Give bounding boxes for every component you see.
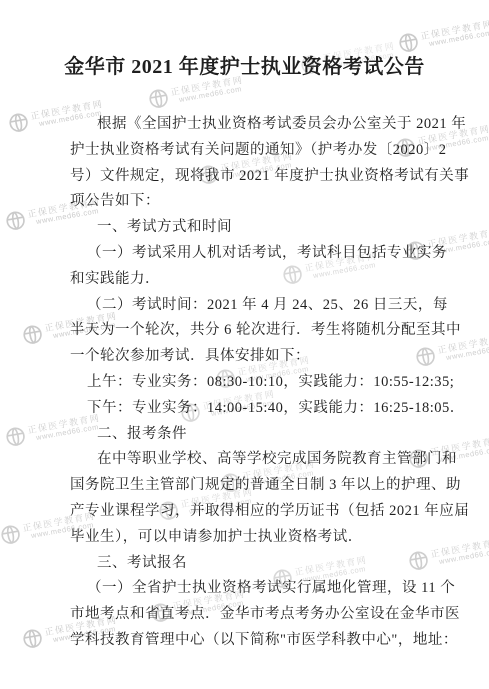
document-line: 护士执业资格考试有关问题的通知》（护考办发〔2020〕2 [70,138,422,164]
document-line: 学科技教育管理中心（以下简称"市医学科教中心"，地址： [70,628,422,654]
document-line: 毕业生），可以申请参加护士执业资格考试． [70,525,422,551]
document-line: 三、考试报名 [70,551,422,577]
brand-url: www.med66.com [178,84,245,104]
watermark: 正保医学教育网www.med66.com [147,74,246,110]
document-line: 上午：专业实务：08:30-10:10，实践能力：10:55-12:35; [70,370,422,396]
watermark-text: 正保医学教育网www.med66.com [420,18,489,49]
document-line: （一）全省护士执业资格考试实行属地化管理，设 11 个 [70,576,422,602]
document-line: 半天为一个轮次，共分 6 轮次进行．考生将随机分配至其中 [70,318,422,344]
document-line: 在中等职业学校、高等学校完成国务院教育主管部门和 [70,447,422,473]
document-page: 正保医学教育网www.med66.com正保医学教育网www.med66.com… [0,0,489,689]
document-line: （一）考试采用人机对话考试，考试科目包括专业实务 [70,241,422,267]
watermark-text: 正保医学教育网www.med66.com [430,536,489,567]
brand-logo-icon [4,209,27,232]
brand-logo-icon [21,323,44,346]
brand-url: www.med66.com [438,546,489,566]
document-line: 国务院卫生主管部门规定的普通全日制 3 年以上的护理、助 [70,473,422,499]
brand-logo-icon [0,523,22,546]
document-line: 和实践能力． [70,267,422,293]
brand-url: www.med66.com [428,28,489,48]
document-line: 市地考点和省直考点．金华市考点考务办公室设在金华市医 [70,602,422,628]
brand-name: 正保医学教育网 [430,536,489,559]
document-line: 根据《全国护士执业资格考试委员会办公室关于 2021 年 [70,112,422,138]
document-line: 产专业课程学习，并取得相应的学历证书（包括 2021 年应届 [70,499,422,525]
document-line: 一个轮次参加考试．具体安排如下： [70,344,422,370]
document-line: 下午：专业实务：14:00-15:40，实践能力：16:25-18:05． [70,396,422,422]
brand-url: www.med66.com [445,342,489,362]
brand-name: 正保医学教育网 [420,18,489,41]
document-line: 号）文件规定，现将我市 2021 年度护士执业资格考试有关事 [70,164,422,190]
document-line: （二）考试时间：2021 年 4 月 24、25、26 日三天，每 [70,293,422,319]
brand-logo-icon [147,87,170,110]
document-line: 一、考试方式和时间 [70,215,422,241]
watermark: 正保医学教育网www.med66.com [397,18,489,54]
document-body: 根据《全国护士执业资格考试委员会办公室关于 2021 年护士执业资格考试有关问题… [70,112,422,654]
brand-logo-icon [4,425,27,448]
document-line: 二、报考条件 [70,422,422,448]
document-line: 项公告如下： [70,189,422,215]
brand-logo-icon [7,111,30,134]
brand-logo-icon [21,627,44,650]
page-title: 金华市 2021 年度护士执业资格考试公告 [0,50,489,79]
